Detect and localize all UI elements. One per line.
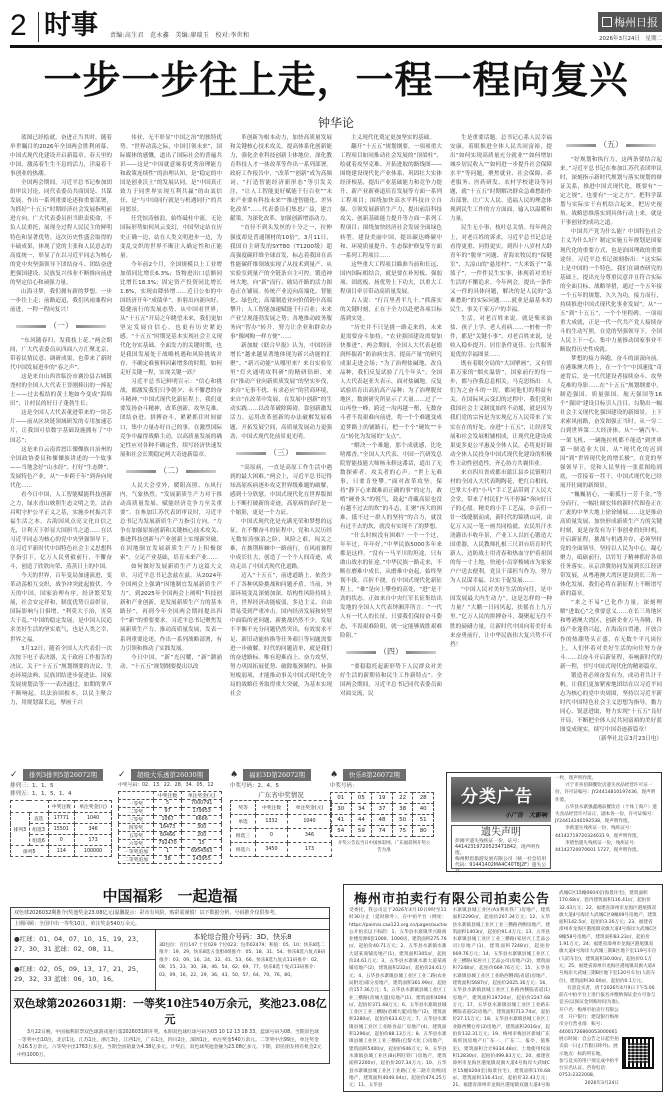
table-row: 排列5114100000 [11,846,112,857]
table-row: 一等奖追加16954563 [119,848,222,856]
paragraph: 革创新为根本动力，加快高质量发展和关键核心技术攻关，提高体系化创新能力，强化企业… [230,134,332,224]
paragraph: 如何做好发展新质生产力这篇大文章，习近平总书记念兹在兹。从2024年全国两会上强… [120,563,222,653]
classified-item: 李新遗失残疾证一份，残疾证号：44142719720324031 9，现声明作废… [555,825,659,839]
paragraph: 这是来自山西省临汾市襄汾县古城镇尧村的全国人大代表王晋刚捧出的一捧泥土——过去板… [10,373,112,409]
welfare-picks: ●红球：01、04、07、10、15、19、23、27、30、31 蓝球：02、… [11,930,329,991]
paragraph: 人民大会堂外，暖阳高照、东风行内，气象热烈。“发展新质生产力对于推动高质量发展、… [120,482,222,563]
paragraph: 梦想的接力奔跑，奋斗的滚滚向前。在港珠澳大桥上，在一个个“中国速度”奇迹背后，是… [560,355,662,491]
paragraph: “解决一个难题，那个成就感，比吃啥都香。”全国人大代表、中国一汽研发总院智能技能… [340,442,442,532]
combo-title: 本轮综合推介号码：3D、快乐8 [159,932,326,942]
table-row: 4144485051 [331,815,434,826]
paragraph: “东风随春归，发我枝上花。”两会期间，广大代表委员从四面八方汇聚北京，带着民情民… [10,337,112,373]
pick-1: ●红球：01、04、07、10、15、19、23、27、30、31 蓝球：02、… [11,930,155,960]
kl8-note: 开奖公告以当日中国体彩网、广东福彩网开奖公告为准 [330,840,438,854]
article-signoff: （新华社北京3月23日电） [560,735,662,744]
newspaper-name: 梅州日报 [614,16,658,29]
kl8-numbers-label: 中奖号码： [330,782,438,790]
paragraph: 生活，对老百姓来说，就是柴米油盐、孩子上学、老人看病……一桩桩一件件，都是“关键… [450,315,552,360]
paragraph: 迈入“十五五”，前进道路上，依然少不了各种风险挑战和问题矛盾。当前，外部环境变乱… [230,572,332,699]
classified-banner-title: 分类广告 [461,782,533,807]
article-body: 蓝图已经绘就，奋进正当其时。随着举世瞩目的2026年全国两会胜利闭幕，中国式现代… [10,134,662,759]
paragraph: 这些重大工程项目瞄准当前和长远、国内国际相结合，就是要在补短板、强弱项、固底板、… [340,261,442,297]
paragraph: 全国两会期间，习近平总书记参加团组审议讨论，同代表委员共商国是、共谋发展，作出一… [10,179,112,288]
paragraph: 翻开“十五五”规划纲要，一项项重大工程项目如同推动社会发展的“顶梁柱”，绘就着攻… [340,143,442,261]
paragraph: 生是重要话题。总书记心系人民幸福安康，着眼推进全体人民共同富裕，提出“如何实现高… [450,134,552,224]
paragraph: 来自四川省成都市蒲江县乡民镇明月村的全国人大代表陶陶花，把红白相间、巴掌大小的“… [450,469,552,587]
paragraph: “直径不到头发丝的十分之一，拉伸强度却是普通钢材的10倍”，3月11日，我国自主… [230,224,332,342]
lottery-fc3d: ♠福彩3D第26072期 中奖号码：2、4、5 广东省中奖情况 奖等中奖注数单注… [230,768,332,857]
article-headline: 一步一步往上走，一程一程向复兴 [0,58,672,102]
auction-text: 有意竞买者，请于2026年4月9日下午5:00前在中拍平台上进行报名并缴纳保证金… [559,985,657,1007]
auction-text: 武城C区15幢0604室(海景住宅)，建筑面积170.68㎡，套内建筑面积116… [559,890,657,985]
classified-item: 李碧怡遗失残疾证一份，残疾证号：44142720070601 1727，现声明作… [555,840,659,854]
table-row: 二等奖97179953 [119,808,222,816]
welfare-picks-left: ●红球：01、04、07、10、15、19、23、27、30、31 蓝球：02、… [11,930,156,990]
page-number: 2 [10,10,27,42]
section-subheading: （一） [10,321,112,330]
paragraph: “什么时候没有困难？一个一个过，年年过，年年好。”中华民族5000多年来都是这样… [340,532,442,641]
paragraph: 今年前2个月，全国规模以上工业增加值同比增长6.3%；货物进出口总额同比增长18… [120,261,222,379]
welfare-combo: 本轮综合推介号码：3D、快乐8 3D包位：百位147 十位029 个位023；包… [156,930,329,990]
table-row: 0105192228 [331,793,434,804]
paragraph: 任凭惊涛骇浪，始终砥柱中流。无论国际形势如何风云变幻，中国坚定站在历史正确一边、… [120,215,222,260]
paragraph: 这是来自云南省怒江傈僳族自治州的全国政协委员和傈僳族讲述的一个故事——当地念好“… [10,446,112,491]
paragraph: “中国人民对美好生活的向往，是中国发展最大内生动力”。这是怎样的一种力量？“大鹏… [450,586,552,649]
fc3d-table: 奖等中奖注数单注奖金(元) 单选13321040 组选三0346 组选六3450… [230,800,332,857]
paragraph: 古人说：“行百里者半九十。”抓落实的关键时刻，正在于全力以赴把各项目标落到实处。 [340,297,442,324]
lost-notice-item: 梅州野恩旅游发展有限公司（统一社会信用代码：91441402MA4C40T8J2… [455,857,547,875]
welfare-title: 中国福彩 一起造福 [10,885,330,907]
dlt-table: 中奖注数单注奖金(元) 一等奖57000791 二等奖97179953 三等奖1… [118,791,222,864]
paragraph: 新加坡《联合早报》认为，中国经济增长“越来越显著地体现为新兴动能的汇聚”。“新兴… [230,342,332,442]
masthead-divider [38,12,39,42]
paragraph: 民生无小事，枝叶总关情。每年两会上，对老百姓的诉求，习近平总书记总是看得更重、问… [450,224,552,314]
dlt-numbers: 中奖号码：02、13、22、28、34、05、12 [118,782,226,790]
pl5-numbers: 排列五：1、1、5、1、4 [10,790,114,798]
paragraph: 既有着眼全局的“大国擘画”，又有情系万家的“烟火温情”，国家前行的每一步，都与你… [450,360,552,469]
auction-text: 参与竞买的用户须完成中拍平台实名认证。咨询电话：0753-2322008。 [559,1058,619,1080]
lottery-pl35: ✓排列3排列5第26072期 排列三：1、1、5 排列五：1、1、5、1、4 中… [10,768,114,857]
welfare-lottery-section: 中国福彩 一起造福 双色球2026032期推介(奖池奖金23.08亿元)温馨提示… [10,885,330,1064]
combo-body: 3D包位：百位147 十位029 个位023；包串02479；和值：05、10；… [159,942,326,979]
table-row: 四等奖16473300 [119,824,222,832]
article-column-4: 主义现代化奠定更加坚实的基础。 翻开“十五五”规划纲要，一项项重大工程项目如同推… [340,134,442,759]
table-row: 组选六3450173 [231,843,332,857]
paragraph: 这是全国人大代表董进带来的一块芯片——前从区块链领域研发的专用加速芯片，让我国可… [10,409,112,445]
paragraph: “来之不易”已化作力量，深刻理解“进取心”之重要意义……在长三角地区和粤港澳大湾… [560,599,662,671]
paragraph: 今日中国，“新”光闪耀，“新”潮涌动。“十五五”规划纲要提出以改 [120,654,222,672]
fc3d-subtitle: 广东省中奖情况 [230,790,332,800]
newspaper-logo: 梅州日报 [598,12,662,32]
classified-banner-slogan: 小广告 大影响 [505,810,547,819]
masthead: 2 时事 责编:高生君 范永鑫 美编:廖瑞玉 校对:李世和 梅州日报 2026年… [10,8,662,48]
article-column-2: 伟业，无不彰显“中国之治”的独特优势。“世界动荡之际，中国引领未来”，国际媒体的… [120,134,222,759]
table-row: 5459747580 [331,826,434,837]
lost-notice-item: 彭刚平遗失残疾证一份，证号：44142319720523471842，现声明作废… [455,839,547,857]
section-subheading: （四） [340,647,442,656]
paragraph: “历史并不只是挑一路走来的，未来更需要奋斗加持。“农业强国建设需要加快推进”，两… [340,324,442,442]
paragraph: 中国式现代化是充满光荣和梦想的远征。在不懈奋斗的征程中，党和人民历经无数惊涛骇浪… [230,518,332,572]
table-row: 3034373840 [331,804,434,815]
auction-column-2: 水寨镇县城工业区(A)(利旺铁厂)房地产，建筑面积2290㎡，起拍价207.34… [453,907,551,1087]
sports-lottery-icon: ✓ [10,770,20,780]
fc3d-numbers: 中奖号码：2、4、5 [230,782,332,790]
article-column-1: 蓝图已经绘就，奋进正当其时。随着举世瞩目的2026年全国两会胜利闭幕，中国式现代… [10,134,112,759]
ssq-body: 3月22日晚，中国福利彩票双色球游戏进行第2026031期开奖。本期双色球红球号… [11,1029,329,1063]
paragraph: “好规划和执行力，这两条要结合起来。”习近平总书记在参加江苏代表团审议时，深刻指… [560,156,662,228]
paragraph: “要稳稳托起新形势下人民群众对美好生活的新期待和民生工作新特点”。全国两会期间，… [340,663,442,699]
paragraph: “巍巍初心，一砺孤行一芳千金，”等分而行，一幅壮阔宏伟的新时代图卷正在广袤的中华… [560,491,662,600]
table-row: 五等奖60466200 [119,832,222,840]
paragraph: 主义现代化奠定更加坚实的基础。 [340,134,442,143]
table-row: 组选三0346 [231,829,332,843]
article-column-3: 革创新为根本动力，加快高质量发展和关键核心技术攻关，提高体系化创新能力，强化企业… [230,134,332,759]
paragraph: 看今日中国，人工智能赋能科技创新之力，绿水青山映照生态文明之美，法治昌明守护公平… [10,491,112,572]
welfare-lottery-icon: ♠ [330,770,340,780]
lottery-title: 福彩3D第26072期 [243,769,311,781]
lottery-title: 排列3排列5第26072期 [23,769,103,781]
classified-item: 兴宁市喜佰制餐饮店遗失食品经营许可证一份，许可证编号：JY24414810197… [555,782,659,804]
welfare-recap: 上期回顾：全国中出一等奖10注，单注奖金540万余元。 [11,919,329,930]
lottery-results: ✓排列3排列5第26072期 排列三：1、1、5 排列五：1、1、5、1、4 中… [10,768,332,868]
auction-columns: 受委托，我公司定于2026年4月10日9时至11时30分止（延时除外），在中拍平… [349,907,550,1087]
lost-notice-title: 遗失声明 [455,827,547,839]
qr-code-icon[interactable] [622,1037,654,1069]
paragraph: 今天的世界，百年变局加速演进，变革动荡相互交织，战争冲突此起彼伏。今天的中国，国… [10,572,112,644]
logo-mark-icon [602,17,612,27]
classified-ads: 分类广告 小广告 大影响 遗失声明 彭刚平遗失残疾证一份，证号：44142319… [446,772,662,872]
section-title: 时事 [44,10,98,42]
paragraph: 山海寻梦，我们拥有新的梦想。一步一步往上走；前路迢迢，我们风雨兼程向前进，一程一… [10,288,112,315]
welfare-lottery-icon: ♠ [230,770,240,780]
paragraph: 锻造者必须奋发有为，成功者共计千帆。让我们更加紧密地团结在以习近平同志为核心的党… [560,672,662,735]
paragraph: 3月12日，随着全国人大代表们一次次按下电子表决器，关于政府工作报告的决议、关于… [10,645,112,708]
auction-column-1: 受委托，我公司定于2026年4月10日9时至11时30分止（延时除外），在中拍平… [349,907,447,1087]
table-row: 六等奖79247015 [119,840,222,848]
article-column-6: （五） “好规划和执行力，这两条要结合起来。”习近平总书记在参加江苏代表团审议时… [560,134,662,759]
lottery-title: 快乐8第26072期 [343,769,406,781]
table-row: 单选13321040 [231,815,332,829]
section-subheading: （五） [560,140,662,149]
classified-text: 一枚，现声明作废。 兴宁市喜佰制餐饮店遗失食品经营许可证一份，许可证编号：JY2… [555,775,659,854]
lottery-kl8: ♠快乐8第26072期 中奖号码： 0105192228 3034373840 … [330,768,438,854]
section-subheading: （二） [120,466,222,475]
section-subheading: （三） [230,448,332,457]
lottery-dlt: ✓超级大乐透第26030期 中奖号码：02、13、22、28、34、05、12 … [118,768,226,864]
classified-item: 五华县水寨强鑫湘品餐饮店（个体工商户）遗失食品经营许可证正、副本各一份，许可证编… [555,804,659,826]
auction-notice: 梅州市拍卖行有限公司拍卖公告 受委托，我公司定于2026年4月10日9时至11时… [343,884,663,1092]
table-row: 二等奖追加38143955 [119,856,222,864]
table-row: 一等奖57000791 [119,800,222,808]
article-column-5: 生是重要话题。总书记心系人民幸福安康，着眼推进全体人民共同富裕，提出“如何实现高… [450,134,552,759]
welfare-box: 双色球2026032期推介(奖池奖金23.08亿元)温馨提示：彩市有风险，购彩需… [10,907,330,1064]
table-row: 排列3直选177711040 [11,813,112,824]
paragraph: 中国共产党为什么能？中国特色社会主义为什么好？制定实施五年规划是国家现代化的重要… [560,228,662,355]
lost-notice: 遗失声明 彭刚平遗失残疾证一份，证号：44142319720523471842，… [451,825,551,869]
pl3-numbers: 排列三：1、1、5 [10,782,114,790]
issue-date: 2026年3月24日 星期二 [599,34,662,42]
classified-banner: 分类广告 小广告 大影响 [451,777,551,822]
paragraph: “高原病，一直是高原工作生活中遇到的最大困难。”两会上，习近平总书记得知高原疾病… [230,464,332,518]
kl8-grid: 0105192228 3034373840 4144485051 5459747… [330,792,434,837]
pl35-table: 中奖注数单注奖金(元) 排列3直选177711040 组选315501346 组… [10,800,112,857]
paragraph: 伟业，无不彰显“中国之治”的独特优势。“世界动荡之际，中国引领未来”，国际媒体的… [120,134,222,215]
welfare-intro: 双色球2026032期推介(奖池奖金23.08亿元)温馨提示：彩市有风险，购彩需… [11,908,329,919]
classified-item: 一枚，现声明作废。 [555,775,659,782]
ssq-headline: 双色球第2026031期：一等奖10注540万余元，奖池23.08亿元 [11,991,329,1029]
paragraph: 蓝图已经绘就，奋进正当其时。随着举世瞩目的2026年全国两会胜利闭幕，中国式现代… [10,134,112,179]
auction-date: 2026年3月24日 [559,1080,619,1087]
pick-2: ●红球：02、05、09、13、17、21、25、29、32、33 蓝球：06、… [11,960,155,990]
paragraph: 习近平总书记鲜明宣示：“信心和挑战，都激发我们只争朝夕、永不懈怠的奋斗精神。”中… [120,378,222,459]
auction-title: 梅州市拍卖行有限公司拍卖公告 [354,888,550,907]
table-row: 三等奖10676666 [119,816,222,824]
article-byline: 钟华论 [0,114,672,131]
sports-lottery-icon: ✓ [118,770,128,780]
editors-credit: 责编:高生君 范永鑫 美编:廖瑞玉 校对:李世和 [110,30,249,39]
auction-text: 开户名：梅州市拍卖行有限公司 开户银行：建设银行梅州市分行营业部 账号：4400… [559,1007,619,1058]
lottery-title: 超级大乐透第26030期 [131,769,209,781]
